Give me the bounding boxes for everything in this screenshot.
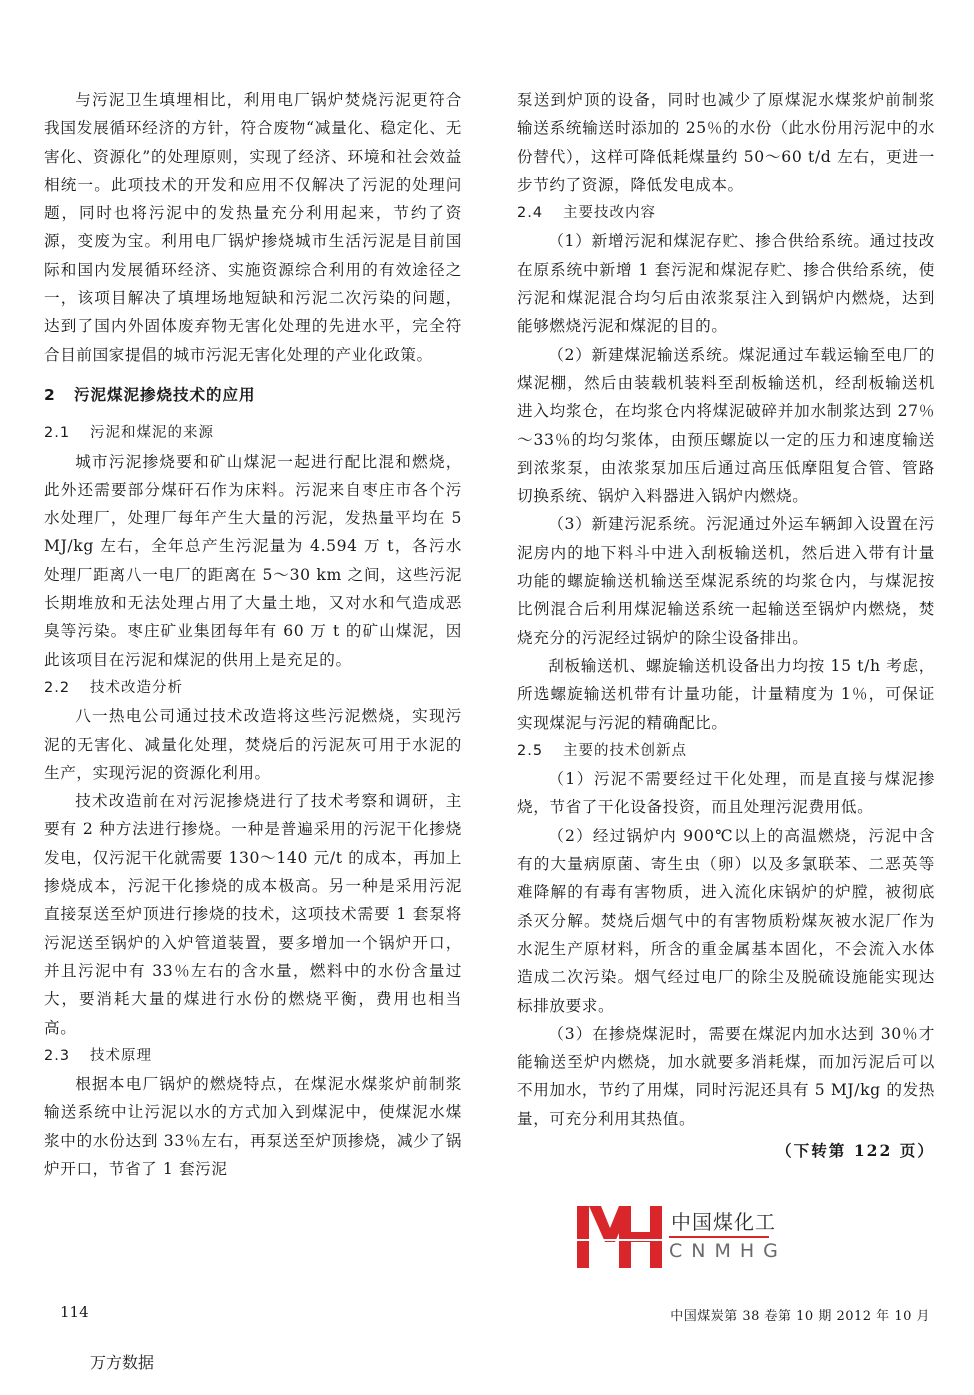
section-2-1-heading: 2.1污泥和煤泥的来源 <box>44 419 462 447</box>
cnmhg-logo: 中国煤化工 CNMHG <box>577 1206 807 1268</box>
section-2-5-heading: 2.5主要的技术创新点 <box>517 737 935 765</box>
right-column: 泵送到炉顶的设备，同时也减少了原煤泥水煤浆炉前制浆输送系统输送时添加的 25％的… <box>517 86 935 1165</box>
section-title: 污泥和煤泥的来源 <box>90 425 214 441</box>
journal-footer: 中国煤炭第 38 卷第 10 期 2012 年 10 月 <box>670 1305 930 1324</box>
section-title: 技术改造分析 <box>90 680 183 696</box>
continued-paragraph: 泵送到炉顶的设备，同时也减少了原煤泥水煤浆炉前制浆输送系统输送时添加的 25％的… <box>517 86 935 199</box>
section-title: 技术原理 <box>90 1048 152 1064</box>
section-number: 2.3 <box>44 1042 90 1070</box>
section-title: 主要的技术创新点 <box>563 743 687 759</box>
section-2-2-paragraph-2: 技术改造前在对污泥掺烧进行了技术考察和调研，主要有 2 种方法进行掺烧。一种是普… <box>44 787 462 1042</box>
mh-logo-icon <box>577 1206 662 1268</box>
section-2-3-heading: 2.3技术原理 <box>44 1042 462 1070</box>
section-2-4-item-1: （1）新增污泥和煤泥存贮、掺合供给系统。通过技改在原系统中新增 1 套污泥和煤泥… <box>517 227 935 340</box>
section-number: 2.5 <box>517 737 563 765</box>
section-2-1-paragraph: 城市污泥掺烧要和矿山煤泥一起进行配比混和燃烧，此外还需要部分煤矸石作为床料。污泥… <box>44 448 462 674</box>
logo-name-cn: 中国煤化工 <box>669 1206 778 1235</box>
section-2-4-heading: 2.4主要技改内容 <box>517 199 935 227</box>
section-2-4-item-2: （2）新建煤泥输送系统。煤泥通过车载运输至电厂的煤泥棚，然后由装载机装料至刮板输… <box>517 341 935 511</box>
section-2-5-item-2: （2）经过锅炉内 900℃以上的高温燃烧，污泥中含有的大量病原菌、寄生虫（卵）以… <box>517 822 935 1020</box>
section-2-2-paragraph-1: 八一热电公司通过技术改造将这些污泥燃烧，实现污泥的无害化、减量化处理，焚烧后的污… <box>44 702 462 787</box>
section-number: 2.2 <box>44 674 90 702</box>
section-number: 2 <box>44 381 74 409</box>
section-2-4-paragraph: 刮板输送机、螺旋输送机设备出力均按 15 t/h 考虑，所选螺旋输送机带有计量功… <box>517 652 935 737</box>
section-2-3-paragraph: 根据本电厂锅炉的燃烧特点，在煤泥水煤浆炉前制浆输送系统中让污泥以水的方式加入到煤… <box>44 1070 462 1183</box>
section-title: 污泥煤泥掺烧技术的应用 <box>74 386 256 404</box>
intro-paragraph: 与污泥卫生填埋相比，利用电厂锅炉焚烧污泥更符合我国发展循环经济的方针，符合废物“… <box>44 86 462 369</box>
section-2-heading: 2污泥煤泥掺烧技术的应用 <box>44 381 462 409</box>
section-2-2-heading: 2.2技术改造分析 <box>44 674 462 702</box>
section-2-4-item-3: （3）新建污泥系统。污泥通过外运车辆卸入设置在污泥房内的地下料斗中进入刮板输送机… <box>517 510 935 651</box>
left-column: 与污泥卫生填埋相比，利用电厂锅炉焚烧污泥更符合我国发展循环经济的方针，符合废物“… <box>44 86 462 1183</box>
source-watermark: 万方数据 <box>90 1350 154 1373</box>
continued-on-page-note: （下转第 122 页） <box>517 1137 935 1165</box>
logo-divider <box>669 1236 769 1238</box>
section-2-5-item-3: （3）在掺烧煤泥时，需要在煤泥内加水达到 30％才能输送至炉内燃烧，加水就要多消… <box>517 1020 935 1133</box>
section-number: 2.4 <box>517 199 563 227</box>
page-number: 114 <box>60 1303 89 1321</box>
section-title: 主要技改内容 <box>563 205 656 221</box>
section-2-5-item-1: （1）污泥不需要经过干化处理，而是直接与煤泥掺烧，节省了干化设备投资，而且处理污… <box>517 765 935 822</box>
logo-name-en: CNMHG <box>669 1240 789 1262</box>
section-number: 2.1 <box>44 419 90 447</box>
